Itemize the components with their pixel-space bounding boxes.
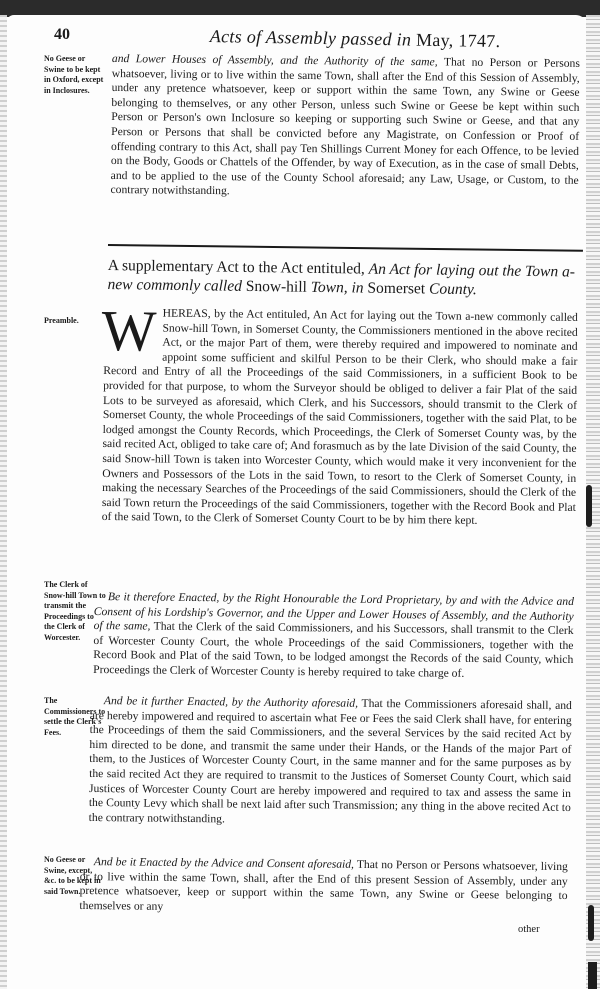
enactment-2-text: That the Commissioners aforesaid shall, … bbox=[89, 697, 572, 825]
act-title-town: Snow-hill bbox=[246, 278, 307, 296]
page-number: 40 bbox=[54, 26, 70, 44]
act-title-county: Somerset bbox=[367, 280, 425, 298]
enactment-1-text: That the Clerk of the said Commissioners… bbox=[93, 620, 574, 680]
continuation-text: That no Person or Persons whatsoever, li… bbox=[110, 55, 579, 197]
margin-note-swine-oxford: No Geese or Swine to be kept in Oxford, … bbox=[44, 54, 106, 96]
catchword: other bbox=[518, 924, 540, 935]
enactment-clerk-transmit: Be it therefore Enacted, by the Right Ho… bbox=[93, 590, 574, 683]
scan-artifact bbox=[588, 905, 594, 941]
preamble-text: HEREAS, by the Act entituled, An Act for… bbox=[102, 307, 578, 528]
act-title-roman: A supplementary Act to the Act entituled… bbox=[108, 257, 365, 278]
enactment-2-italic-lead: And be it further Enacted, by the Author… bbox=[104, 694, 358, 710]
enactment-clerk-fees: And be it further Enacted, by the Author… bbox=[89, 694, 572, 830]
continuation-italic-lead: and Lower Houses of Assembly, and the Au… bbox=[112, 52, 438, 68]
page-left-edge bbox=[0, 15, 7, 989]
enactment-swine-geese: And be it Enacted by the Advice and Cons… bbox=[79, 855, 568, 918]
enactment-3-italic-lead: And be it Enacted by the Advice and Cons… bbox=[94, 855, 354, 871]
running-head-italic: Acts of Assembly passed in bbox=[210, 26, 412, 50]
act-title-italic-2: Town, in bbox=[311, 279, 364, 297]
running-head-date: May, 1747. bbox=[416, 30, 501, 51]
act-title-italic-3: County. bbox=[429, 280, 477, 298]
continuation-paragraph: and Lower Houses of Assembly, and the Au… bbox=[110, 52, 580, 203]
scan-artifact bbox=[588, 962, 597, 989]
act-title: A supplementary Act to the Act entituled… bbox=[107, 256, 577, 301]
preamble-paragraph: W HEREAS, by the Act entituled, An Act f… bbox=[102, 306, 578, 530]
scan-artifact bbox=[586, 485, 592, 527]
margin-note-preamble: Preamble. bbox=[44, 316, 106, 327]
drop-cap: W bbox=[101, 308, 156, 355]
